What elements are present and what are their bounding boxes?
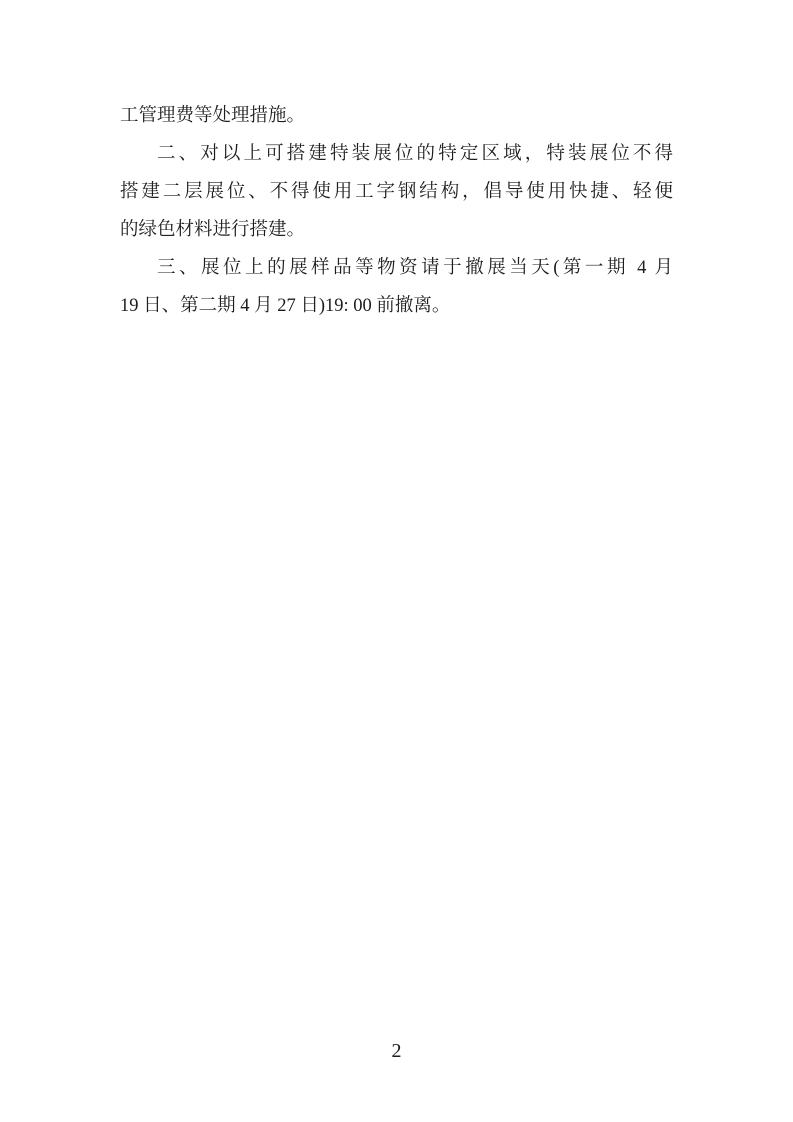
body-line-3: 搭建二层展位、不得使用工字钢结构，倡导使用快捷、轻便 [120,173,673,211]
body-line-6: 19 日、第二期 4 月 27 日)19: 00 前撤离。 [120,287,673,325]
body-line-4: 的绿色材料进行搭建。 [120,211,673,249]
page-footer: 2 [0,1039,793,1063]
document-page: 工管理费等处理措施。 二、对以上可搭建特装展位的特定区域，特装展位不得 搭建二层… [0,0,793,1122]
body-line-1: 工管理费等处理措施。 [120,97,673,135]
body-line-5: 三、展位上的展样品等物资请于撤展当天(第一期 4 月 [120,249,673,287]
page-number: 2 [392,1040,402,1062]
document-body: 工管理费等处理措施。 二、对以上可搭建特装展位的特定区域，特装展位不得 搭建二层… [120,97,673,325]
body-line-2: 二、对以上可搭建特装展位的特定区域，特装展位不得 [120,135,673,173]
